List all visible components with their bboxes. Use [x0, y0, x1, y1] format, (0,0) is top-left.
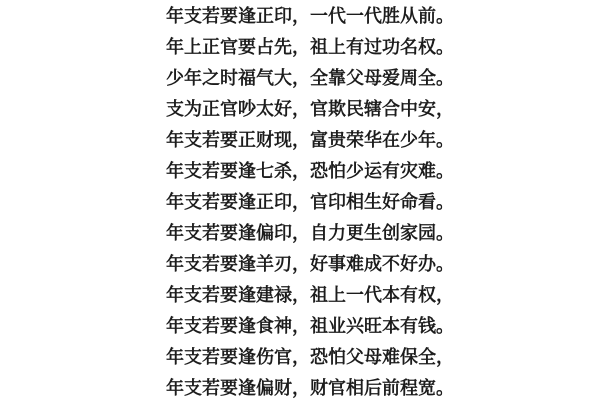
verse-line: 年支若要逢建禄，祖上一代本有权，: [166, 280, 466, 311]
verse-line: 年支若要逢偏印，自力更生创家园。: [166, 218, 466, 249]
verse-line: 年支若要逢食神，祖业兴旺本有钱。: [166, 311, 466, 342]
verse-line: 年支若要逢伤官，恐怕父母难保全，: [166, 342, 466, 373]
verse-line: 少年之时福气大，全靠父母爱周全。: [166, 63, 466, 94]
verse-line: 年支若要正财现，富贵荣华在少年。: [166, 125, 466, 156]
verse-line: 年上正官要占先，祖上有过功名权。: [166, 32, 466, 63]
verse-line: 年支若要逢七杀，恐怕少运有灾难。: [166, 156, 466, 187]
verse-block: 年支若要逢正印，一代一代胜从前。 年上正官要占先，祖上有过功名权。 少年之时福气…: [166, 1, 466, 400]
verse-line: 年支若要逢正印，官印相生好命看。: [166, 187, 466, 218]
verse-line: 年支若要逢偏财，财官相后前程宽。: [166, 373, 466, 400]
verse-line: 年支若要逢正印，一代一代胜从前。: [166, 1, 466, 32]
verse-line: 年支若要逢羊刃，好事难成不好办。: [166, 249, 466, 280]
verse-line: 支为正官吵太好，官欺民辖合中安，: [166, 94, 466, 125]
document-page: 年支若要逢正印，一代一代胜从前。 年上正官要占先，祖上有过功名权。 少年之时福气…: [0, 0, 600, 400]
